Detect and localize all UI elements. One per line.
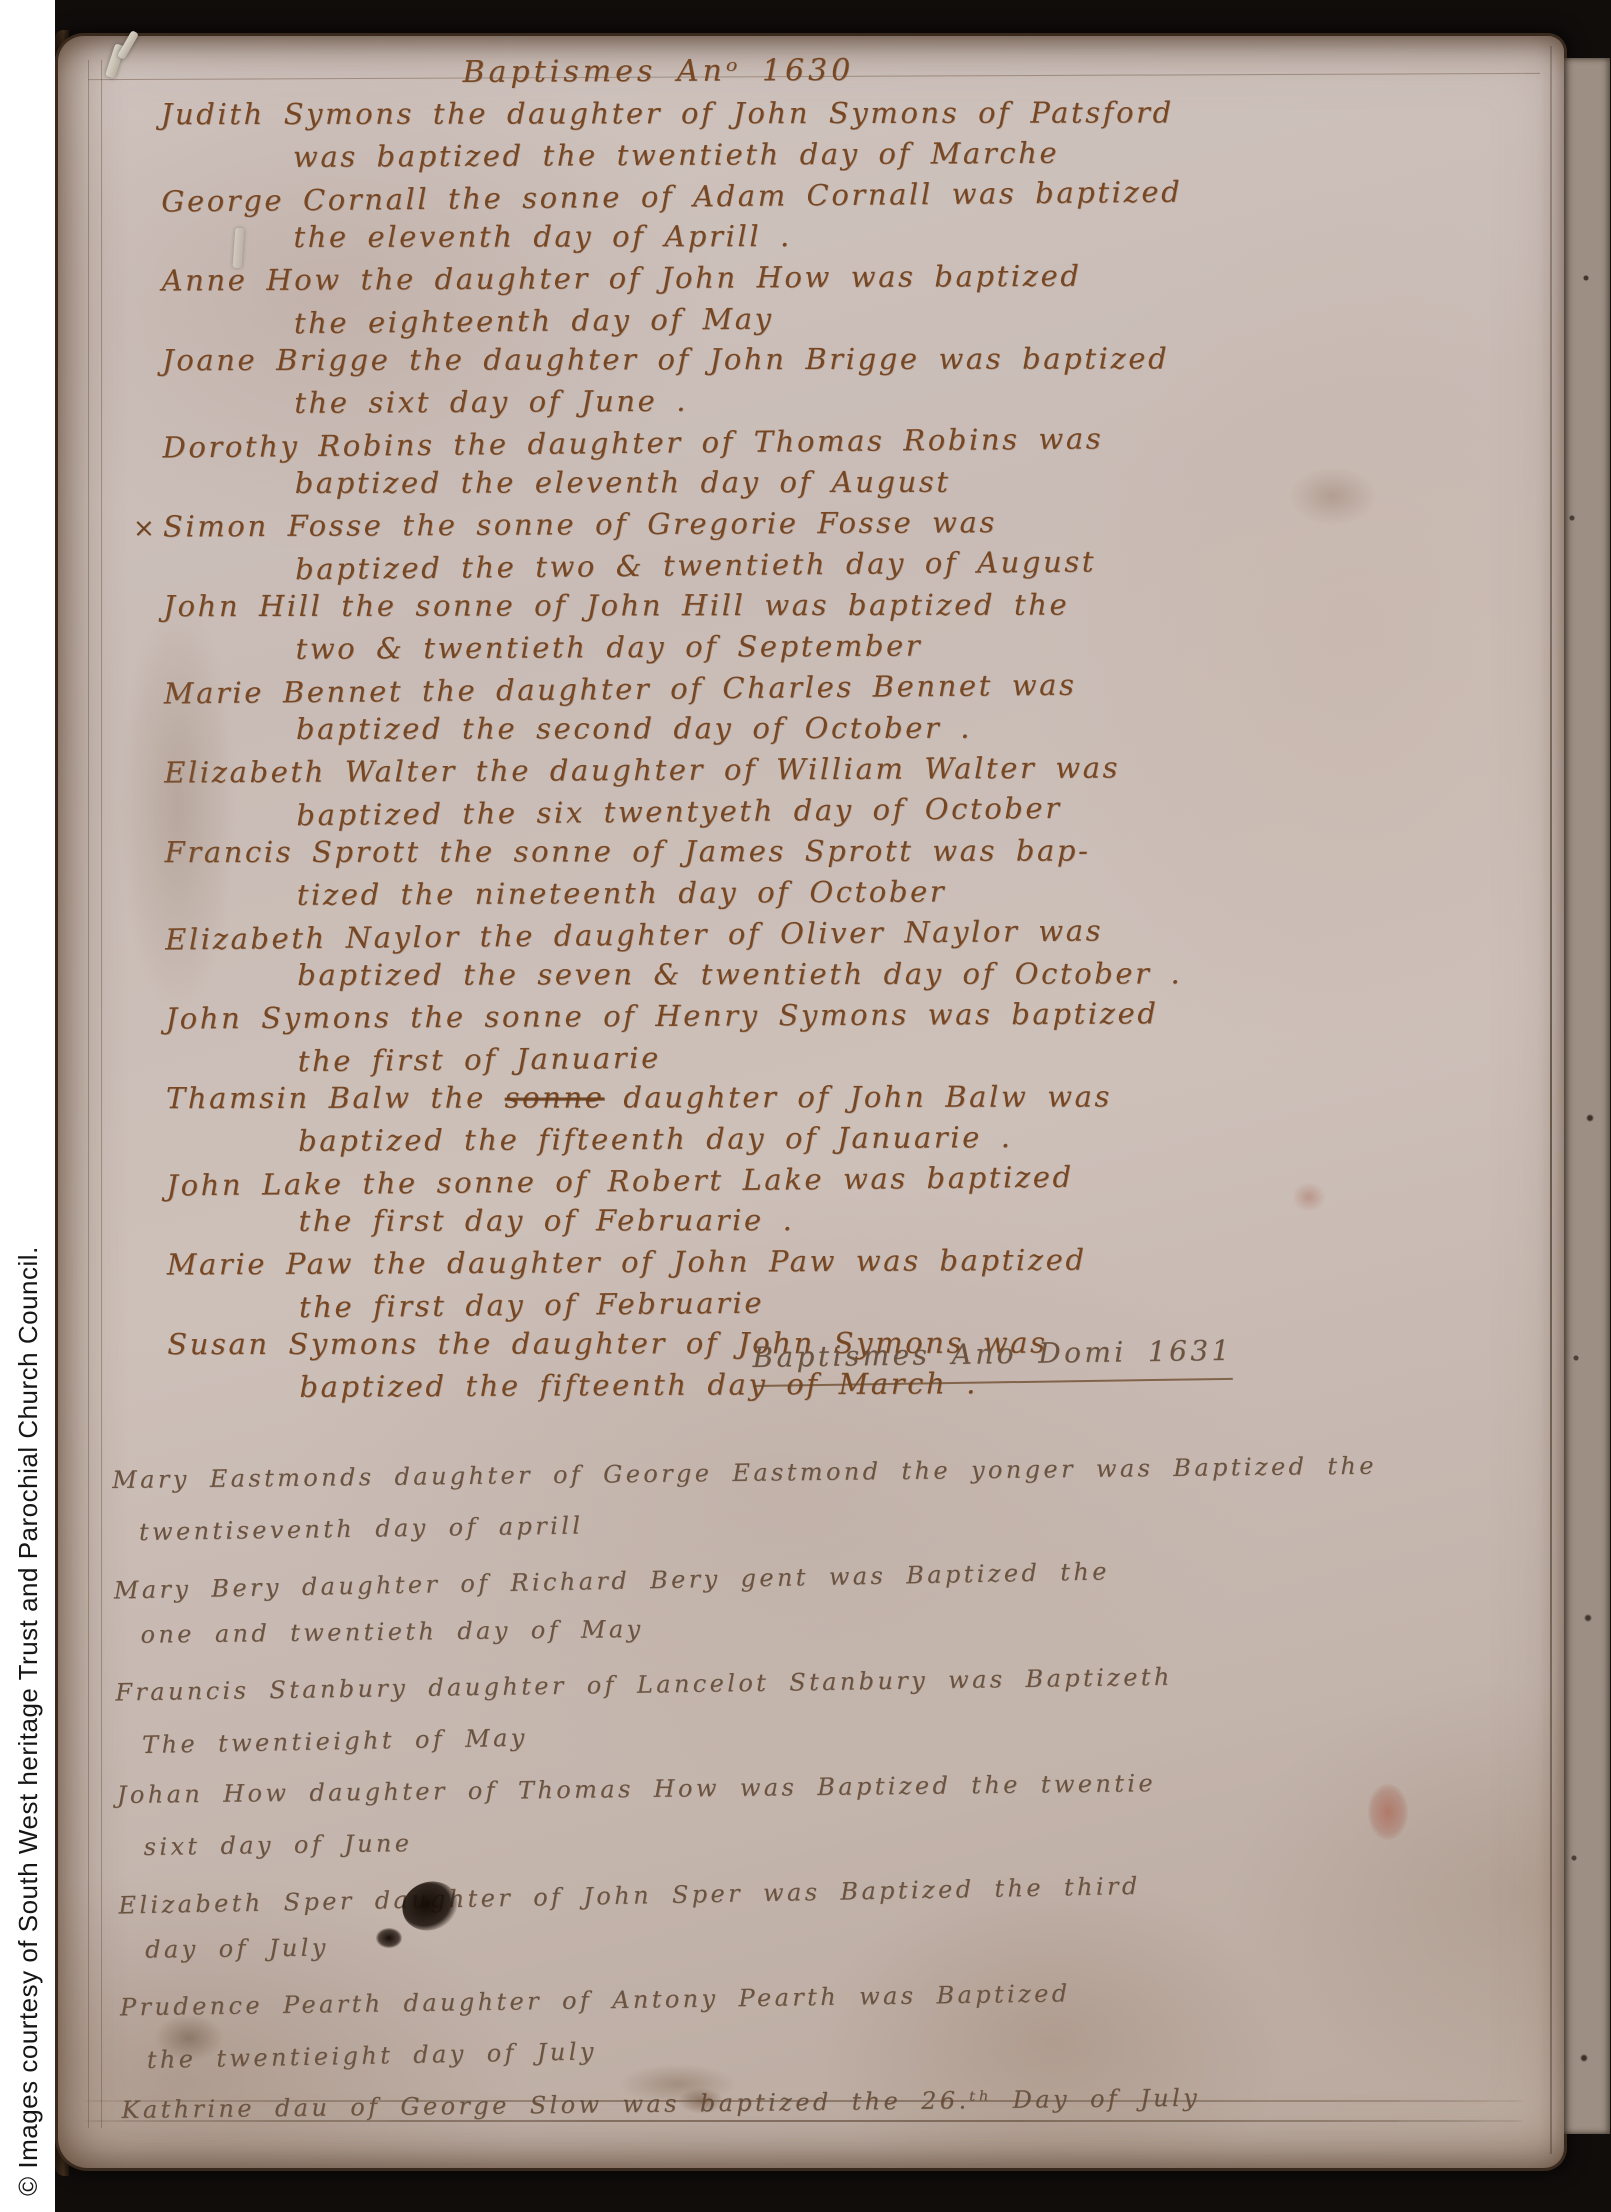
entry-text: baptized the second day of October .	[296, 711, 972, 746]
book-fore-edge-pages	[1564, 58, 1610, 2134]
copyright-strip: © Images courtesy of South West heritage…	[0, 0, 55, 2212]
entry-text: the first day of Februarie	[299, 1286, 765, 1324]
gutter-leaf-edge-line	[88, 60, 89, 2128]
struck-word: sonne	[505, 1080, 605, 1114]
entry-text: Mary Bery daughter of Richard Bery gent …	[114, 1557, 1110, 1604]
brown-stain	[1288, 466, 1378, 526]
stacked-page-edge-line	[84, 2120, 1524, 2122]
entry-text: baptized the two & twentieth day of Augu…	[295, 545, 1096, 587]
entry-text: Mary Eastmonds daughter of George Eastmo…	[112, 1452, 1377, 1494]
register-entry-line: Judith Symons the daughter of John Symon…	[161, 92, 1507, 135]
entry-text: Judith Symons the daughter of John Symon…	[161, 95, 1174, 131]
entry-text: Elizabeth Sper daughter of John Sper was…	[118, 1872, 1141, 1920]
entry-text: Anne How the daughter of John How was ba…	[162, 259, 1082, 298]
parchment-page: Baptismes Anᵒ 1630 Judith Symons the dau…	[58, 36, 1564, 2168]
entry-text: sixt day of June	[143, 1829, 412, 1861]
entry-text: was baptized the twentieth day of Marche	[293, 136, 1059, 174]
register-section-1631: Baptismes Ano Domi 1631 Mary Eastmonds d…	[110, 1322, 1532, 2139]
red-stain	[1292, 1182, 1326, 1212]
page-edge-crease	[1550, 46, 1552, 2154]
entry-text: Elizabeth Naylor the daughter of Oliver …	[165, 913, 1103, 956]
red-stain	[1368, 1784, 1408, 1840]
copyright-notice: © Images courtesy of South West heritage…	[13, 1246, 44, 2196]
entry-text: Marie Paw the daughter of John Paw was b…	[167, 1243, 1087, 1282]
brown-stain	[154, 2014, 224, 2062]
margin-cross-mark: ×	[133, 509, 158, 550]
register-entry-line: Joane Brigge the daughter of John Brigge…	[162, 338, 1508, 381]
entry-text: Marie Bennet the daughter of Charles Ben…	[164, 668, 1077, 711]
entry-text: Simon Fosse the sonne of Gregorie Fosse …	[163, 505, 997, 543]
entry-text: Dorothy Robins the daughter of Thomas Ro…	[162, 421, 1103, 464]
entry-text: John Lake the sonne of Robert Lake was b…	[166, 1160, 1074, 1203]
section-header-1631: Baptismes Ano Domi 1631	[752, 1322, 1521, 1387]
entry-text: the eighteenth day of May	[294, 302, 774, 341]
entry-text: George Cornall the sonne of Adam Cornall…	[161, 175, 1182, 219]
register-entry-line: Francis Sprott the sonne of James Sprott…	[165, 830, 1511, 873]
entry-text: Thamsin Balw the	[166, 1081, 505, 1116]
entry-text: baptized the fifteenth day of Januarie .	[298, 1120, 1013, 1158]
gutter-leaf-edge-line	[101, 60, 102, 2128]
entry-text: day of July	[145, 1934, 329, 1964]
entry-text: The twentieight of May	[142, 1724, 528, 1759]
entry-text: Johan How daughter of Thomas How was Bap…	[117, 1769, 1156, 1809]
entry-text: tized the nineteenth day of October	[297, 874, 947, 911]
section-header-1630: Baptismes Anᵒ 1630	[462, 46, 1506, 92]
entry-text: the sixt day of June .	[294, 384, 688, 420]
register-entry-line: Thamsin Balw the sonne daughter of John …	[166, 1076, 1512, 1119]
entries-1631: Mary Eastmonds daughter of George Eastmo…	[112, 1438, 1532, 2138]
entry-text: one and twentieth day of May	[140, 1615, 643, 1649]
entry-text: the first of Januarie	[298, 1041, 662, 1078]
register-entry-line: the eleventh day of Aprill .	[161, 215, 1507, 258]
entry-text: baptized the eleventh day of August	[295, 465, 951, 500]
entry-text: Elizabeth Walter the daughter of William…	[164, 751, 1120, 790]
entry-text: Joane Brigge the daughter of John Brigge…	[162, 341, 1169, 377]
section-header-text: Baptismes Anᵒ 1630	[462, 53, 854, 90]
section-header-text: Baptismes Ano Domi 1631	[752, 1326, 1233, 1387]
entry-text: baptized the six twentyeth day of Octobe…	[296, 791, 1062, 832]
entry-text: twentiseventh day of aprill	[139, 1512, 584, 1547]
entry-text: the eleventh day of Aprill .	[293, 219, 791, 254]
stacked-page-edge-line	[84, 2100, 1524, 2102]
register-entry-line: baptized the seven & twentieth day of Oc…	[165, 953, 1511, 996]
register-entry-line: John Hill the sonne of John Hill was bap…	[163, 584, 1509, 627]
entry-text: Francis Sprott the sonne of James Sprott…	[165, 834, 1091, 870]
entry-text: the first day of Februarie .	[299, 1203, 795, 1238]
entry-text: Frauncis Stanbury daughter of Lancelot S…	[115, 1663, 1173, 1707]
entry-text: John Hill the sonne of John Hill was bap…	[163, 588, 1069, 624]
entry-text: two & twentieth day of September	[295, 629, 922, 666]
entry-text: daughter of John Balw was	[604, 1080, 1112, 1115]
entry-text: John Symons the sonne of Henry Symons wa…	[165, 996, 1158, 1035]
manuscript-scan-screenshot: { "copyright": "© Images courtesy of Sou…	[0, 0, 1611, 2212]
entry-text: Prudence Pearth daughter of Antony Peart…	[120, 1979, 1071, 2021]
register-entry-line: baptized the second day of October .	[164, 707, 1510, 750]
entry-text: baptized the seven & twentieth day of Oc…	[297, 956, 1182, 992]
ink-blot	[376, 1928, 402, 1948]
damp-stain	[118, 596, 238, 1016]
